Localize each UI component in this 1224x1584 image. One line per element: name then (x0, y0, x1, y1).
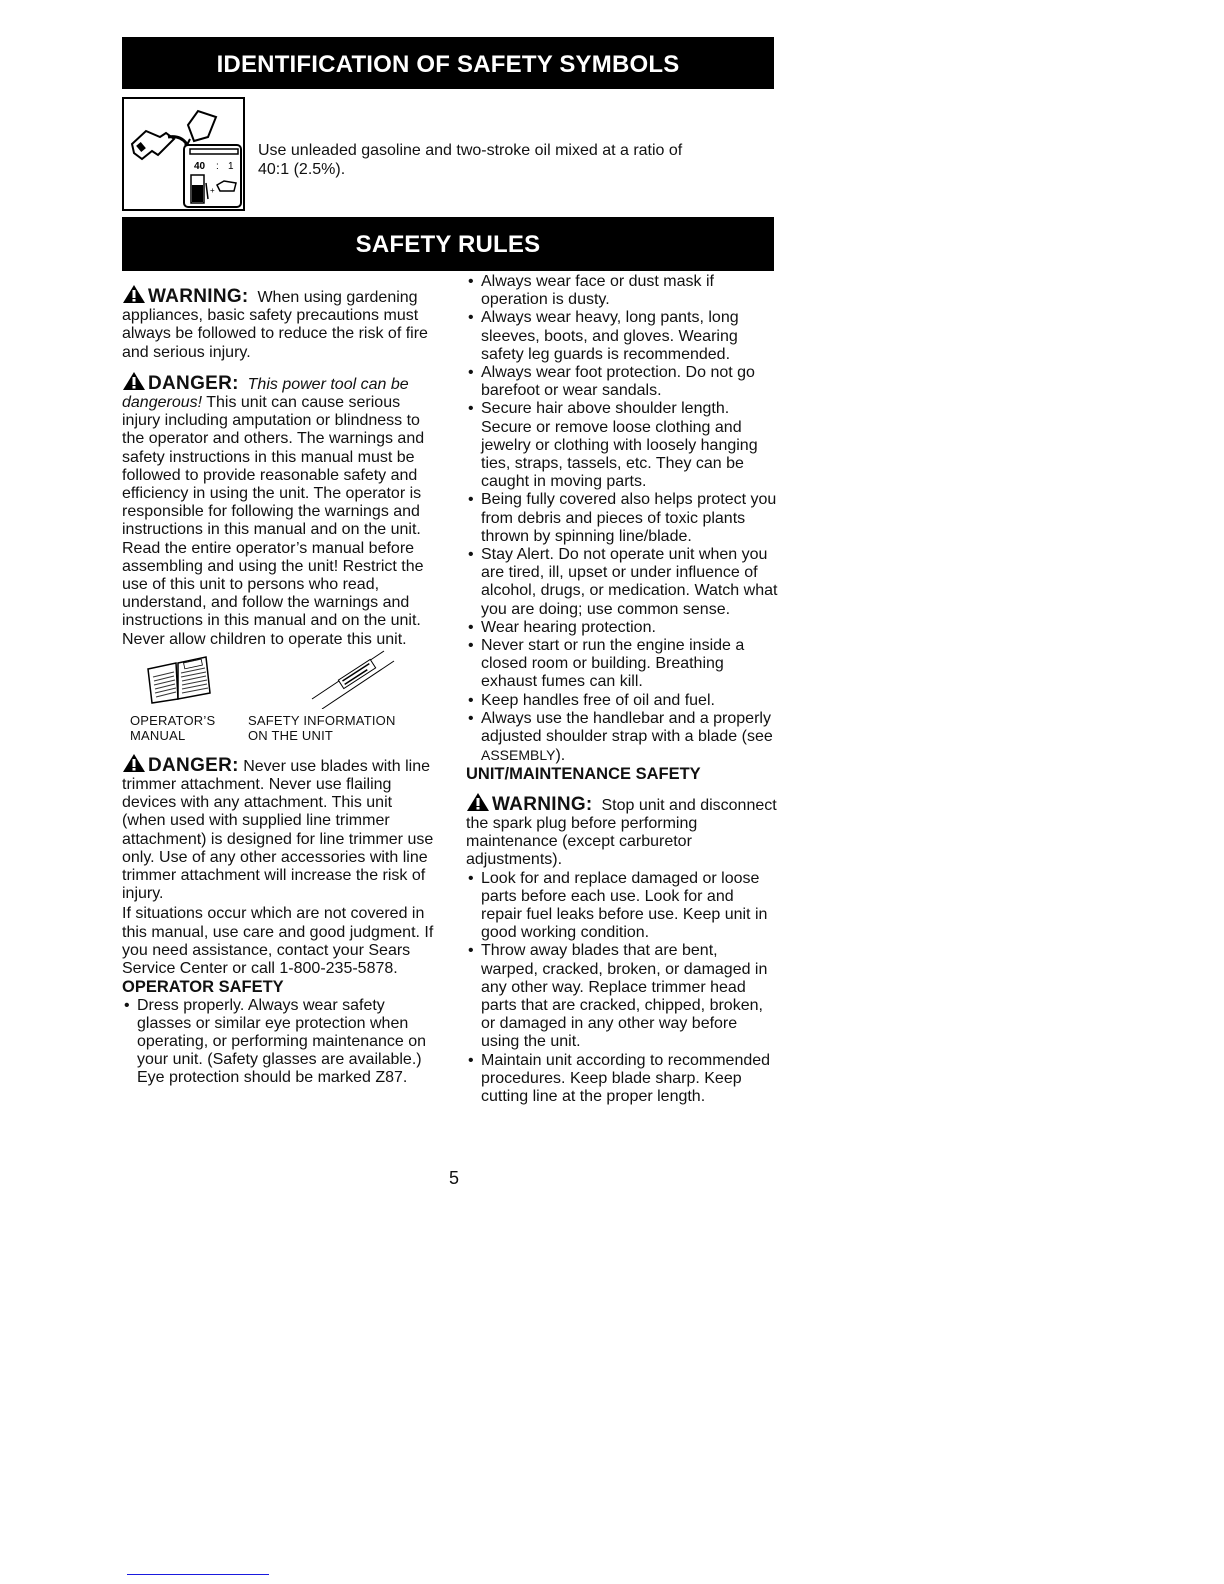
list-item: •Keep handles free of oil and fuel. (466, 692, 778, 710)
list-item: •Always wear foot protection. Do not go … (466, 364, 778, 400)
operator-safety-list: •Dress properly. Always wear safety glas… (122, 997, 440, 1088)
danger-block: DANGER: This power tool can be dangerous… (122, 371, 440, 649)
list-item: •Maintain unit according to recommended … (466, 1052, 778, 1107)
warning-triangle-icon (466, 792, 490, 812)
page-title: IDENTIFICATION OF SAFETY SYMBOLS (217, 51, 680, 78)
assistance-paragraph: If situations occur which are not covere… (122, 905, 440, 978)
ratio-sep: : (216, 161, 219, 172)
assembly-reference: ASSEMBLY (481, 747, 555, 763)
maintenance-warning-block: WARNING: Stop unit and disconnect the sp… (466, 792, 778, 870)
operator-safety-heading: OPERATOR SAFETY (122, 978, 440, 996)
warning-triangle-icon (122, 753, 146, 773)
danger-text: This unit can cause serious injury inclu… (122, 394, 424, 648)
list-item: •Look for and replace damaged or loose p… (466, 870, 778, 943)
list-item: •Always wear heavy, long pants, long sle… (466, 309, 778, 364)
safety-symbols-banner: IDENTIFICATION OF SAFETY SYMBOLS (122, 37, 774, 89)
list-item: •Dress properly. Always wear safety glas… (122, 997, 440, 1088)
list-item: •Stay Alert. Do not operate unit when yo… (466, 546, 778, 619)
list-item: •Throw away blades that are bent, warped… (466, 942, 778, 1051)
section-title: SAFETY RULES (356, 231, 541, 258)
list-item: •Always wear face or dust mask if operat… (466, 273, 778, 309)
operators-manual-icon (144, 655, 214, 705)
danger-signal: DANGER: (122, 755, 239, 776)
unit-maintenance-heading: UNIT/MAINTENANCE SAFETY (466, 765, 778, 783)
unit-maintenance-list: •Look for and replace damaged or loose p… (466, 870, 778, 1107)
list-item: •Being fully covered also helps protect … (466, 491, 778, 546)
ratio-right: 1 (228, 161, 234, 172)
list-item: •Wear hearing protection. (466, 619, 778, 637)
list-item: •Never start or run the engine inside a … (466, 637, 778, 692)
warning-signal: WARNING: (122, 286, 249, 307)
fuel-mix-symbol: 40 : 1 + (122, 97, 245, 211)
fuel-mix-icon: 40 : 1 + (124, 99, 243, 209)
svg-text:+: + (210, 186, 215, 195)
warning-signal: WARNING: (466, 794, 593, 815)
right-column: •Always wear face or dust mask if operat… (466, 273, 778, 1106)
operator-safety-list-continued: •Always wear face or dust mask if operat… (466, 273, 778, 765)
left-column: WARNING: When using gardening appliances… (122, 284, 440, 1088)
list-item: •Secure hair above shoulder length. Secu… (466, 400, 778, 491)
warning-block: WARNING: When using gardening appliances… (122, 284, 440, 362)
danger-signal: DANGER: (122, 373, 239, 394)
scan-artifact-line (127, 1574, 269, 1575)
safety-info-on-unit-label: SAFETY INFORMATION ON THE UNIT (248, 713, 396, 743)
warning-triangle-icon (122, 371, 146, 391)
ratio-left: 40 (194, 161, 206, 172)
list-item: •Always use the handlebar and a properly… (466, 710, 778, 766)
operators-manual-label: OPERATOR’S MANUAL (130, 713, 215, 743)
danger-blades-text: Never use blades with line trimmer attac… (122, 758, 433, 902)
fuel-mix-description: Use unleaded gasoline and two-stroke oil… (258, 141, 698, 179)
danger-blades-block: DANGER: Never use blades with line trimm… (122, 753, 440, 904)
page-number: 5 (449, 1168, 459, 1189)
warning-triangle-icon (122, 284, 146, 304)
safety-rules-banner: SAFETY RULES (122, 217, 774, 271)
unit-decal-icon (308, 649, 398, 709)
manual-icons-row: OPERATOR’S MANUAL SAFETY INFORMATION ON … (122, 649, 440, 739)
